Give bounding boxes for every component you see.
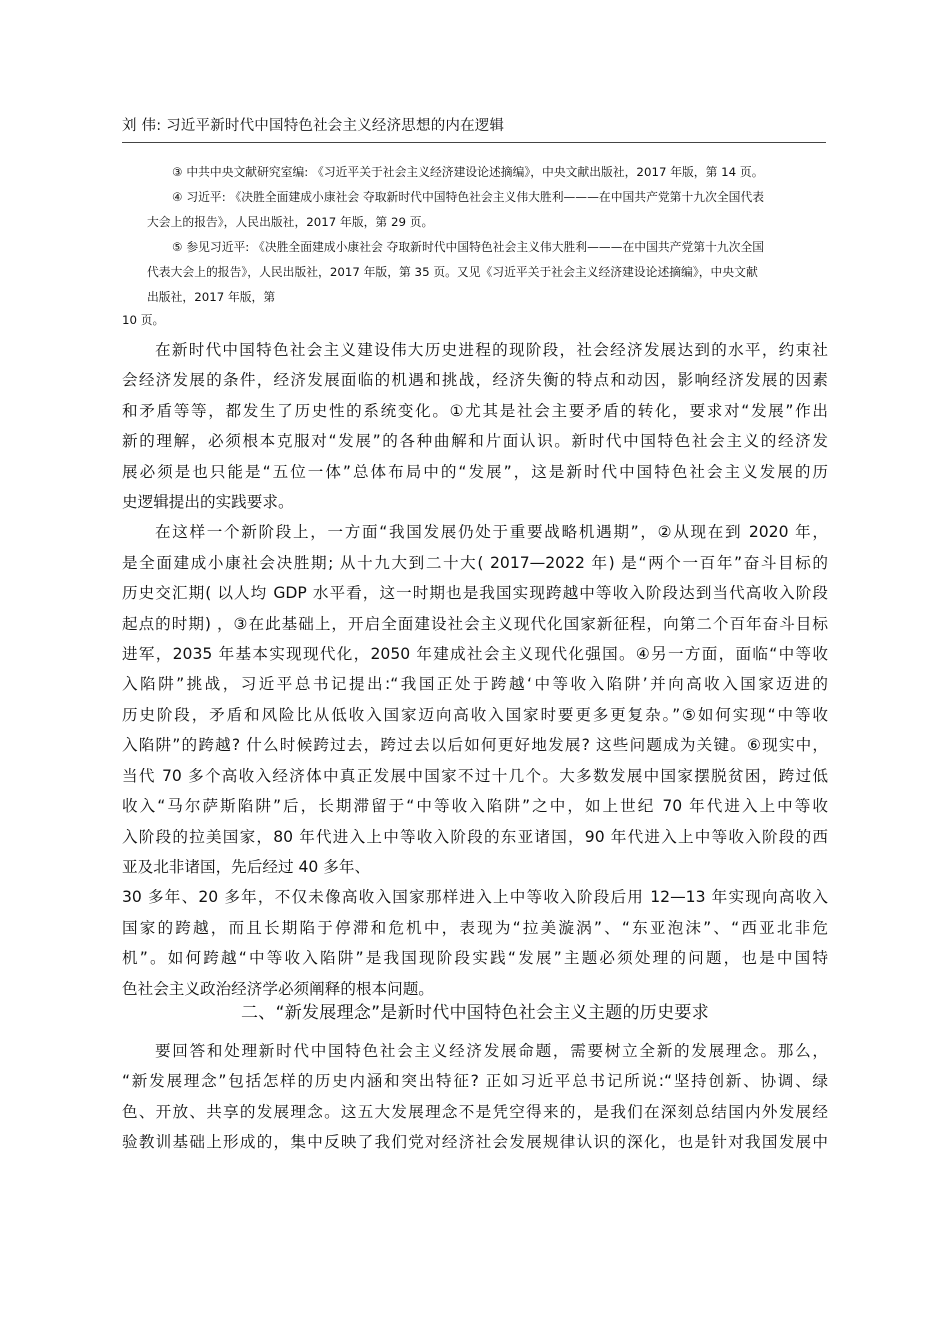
text-line: 亚及北非诸国，先后经过 40 多年、 bbox=[122, 852, 828, 882]
footnote-line: ③ 中共中央文献研究室编: 《习近平关于社会主义经济建设论述摘编》，中央文献出版… bbox=[122, 160, 828, 185]
text-line: 入阶段的拉美国家，80 年代进入上中等收入阶段的东亚诸国，90 年代进入上中等收… bbox=[122, 822, 828, 852]
text-line: 进军，2035 年基本实现现代化，2050 年建成社会主义现代化强国。④另一方面… bbox=[122, 639, 828, 669]
text-line: 国家的跨越，而且长期陷于停滞和危机中，表现为“拉美漩涡”、“东亚泡沫”、“西亚北… bbox=[122, 913, 828, 943]
text-line: 在新时代中国特色社会主义建设伟大历史进程的现阶段，社会经济发展达到的水平，约束社 bbox=[122, 335, 828, 365]
footnote-line: 10 页。 bbox=[122, 308, 828, 333]
text-line: 新的理解，必须根本克服对“发展”的各种曲解和片面认识。新时代中国特色社会主义的经… bbox=[122, 426, 828, 456]
footnote-line: ⑤ 参见习近平: 《决胜全面建成小康社会 夺取新时代中国特色社会主义伟大胜利——… bbox=[122, 235, 828, 260]
header-rule bbox=[122, 142, 826, 143]
text-line: 色、开放、共享的发展理念。这五大发展理念不是凭空得来的，是我们在深刻总结国内外发… bbox=[122, 1097, 828, 1127]
text-line: 历史阶段，矛盾和风险比从低收入国家迈向高收入国家时要更多更复杂。”⑤如何实现“中… bbox=[122, 700, 828, 730]
text-line: 机”。如何跨越“中等收入陷阱”是我国现阶段实践“发展”主题必须处理的问题，也是中… bbox=[122, 943, 828, 973]
paragraph-2: 在这样一个新阶段上，一方面“我国发展仍处于重要战略机遇期”，②从现在到 2020… bbox=[122, 517, 828, 1004]
footnotes: ③ 中共中央文献研究室编: 《习近平关于社会主义经济建设论述摘编》，中央文献出版… bbox=[122, 160, 828, 333]
text-line: 是全面建成小康社会决胜期; 从十九大到二十大( 2017—2022 年) 是“两… bbox=[122, 548, 828, 578]
text-line: 展必须是也只能是“五位一体”总体布局中的“发展”，这是新时代中国特色社会主义发展… bbox=[122, 457, 828, 487]
footnote-line: ④ 习近平: 《决胜全面建成小康社会 夺取新时代中国特色社会主义伟大胜利———在… bbox=[122, 185, 828, 210]
text-line: 在这样一个新阶段上，一方面“我国发展仍处于重要战略机遇期”，②从现在到 2020… bbox=[122, 517, 828, 547]
footnote-line: 出版社，2017 年版，第 bbox=[122, 285, 828, 310]
footnote-4: ④ 习近平: 《决胜全面建成小康社会 夺取新时代中国特色社会主义伟大胜利———在… bbox=[122, 185, 828, 235]
text-line: 入陷阱”的跨越? 什么时候跨过去，跨过去以后如何更好地发展? 这些问题成为关键。… bbox=[122, 730, 828, 760]
running-head: 刘 伟: 习近平新时代中国特色社会主义经济思想的内在逻辑 bbox=[122, 114, 504, 135]
text-line: 30 多年、20 多年，不仅未像高收入国家那样进入上中等收入阶段后用 12—13… bbox=[122, 882, 828, 912]
text-line: 入陷阱”挑战，习近平总书记提出:“我国正处于跨越‘中等收入陷阱’并向高收入国家迈… bbox=[122, 669, 828, 699]
text-line: 起点的时期) ，③在此基础上，开启全面建设社会主义现代化国家新征程，向第二个百年… bbox=[122, 609, 828, 639]
footnote-3: ③ 中共中央文献研究室编: 《习近平关于社会主义经济建设论述摘编》，中央文献出版… bbox=[122, 160, 828, 185]
text-line: 和矛盾等等，都发生了历史性的系统变化。①尤其是社会主要矛盾的转化，要求对“发展”… bbox=[122, 396, 828, 426]
body-text-section-2: 要回答和处理新时代中国特色社会主义经济发展命题，需要树立全新的发展理念。那么， … bbox=[122, 1036, 828, 1158]
body-text: 在新时代中国特色社会主义建设伟大历史进程的现阶段，社会经济发展达到的水平，约束社… bbox=[122, 335, 828, 1004]
footnote-5: ⑤ 参见习近平: 《决胜全面建成小康社会 夺取新时代中国特色社会主义伟大胜利——… bbox=[122, 235, 828, 333]
text-line: 验教训基础上形成的，集中反映了我们党对经济社会发展规律认识的深化，也是针对我国发… bbox=[122, 1127, 828, 1157]
footnote-line: 大会上的报告》，人民出版社，2017 年版，第 29 页。 bbox=[122, 210, 828, 235]
paragraph-3: 要回答和处理新时代中国特色社会主义经济发展命题，需要树立全新的发展理念。那么， … bbox=[122, 1036, 828, 1158]
text-line: “新发展理念”包括怎样的历史内涵和突出特征? 正如习近平总书记所说:“坚持创新、… bbox=[122, 1066, 828, 1096]
text-line: 当代 70 多个高收入经济体中真正发展中国家不过十几个。大多数发展中国家摆脱贫困… bbox=[122, 761, 828, 791]
paragraph-1: 在新时代中国特色社会主义建设伟大历史进程的现阶段，社会经济发展达到的水平，约束社… bbox=[122, 335, 828, 517]
text-line: 史逻辑提出的实践要求。 bbox=[122, 487, 828, 517]
footnote-line: 代表大会上的报告》，人民出版社，2017 年版，第 35 页。又见《习近平关于社… bbox=[122, 260, 828, 285]
text-line: 要回答和处理新时代中国特色社会主义经济发展命题，需要树立全新的发展理念。那么， bbox=[122, 1036, 828, 1066]
text-line: 会经济发展的条件，经济发展面临的机遇和挑战，经济失衡的特点和动因，影响经济发展的… bbox=[122, 365, 828, 395]
section-heading: 二、“新发展理念”是新时代中国特色社会主义主题的历史要求 bbox=[122, 998, 828, 1023]
text-line: 历史交汇期( 以人均 GDP 水平看，这一时期也是我国实现跨越中等收入阶段达到当… bbox=[122, 578, 828, 608]
text-line: 收入“马尔萨斯陷阱”后，长期滞留于“中等收入陷阱”之中，如上世纪 70 年代进入… bbox=[122, 791, 828, 821]
